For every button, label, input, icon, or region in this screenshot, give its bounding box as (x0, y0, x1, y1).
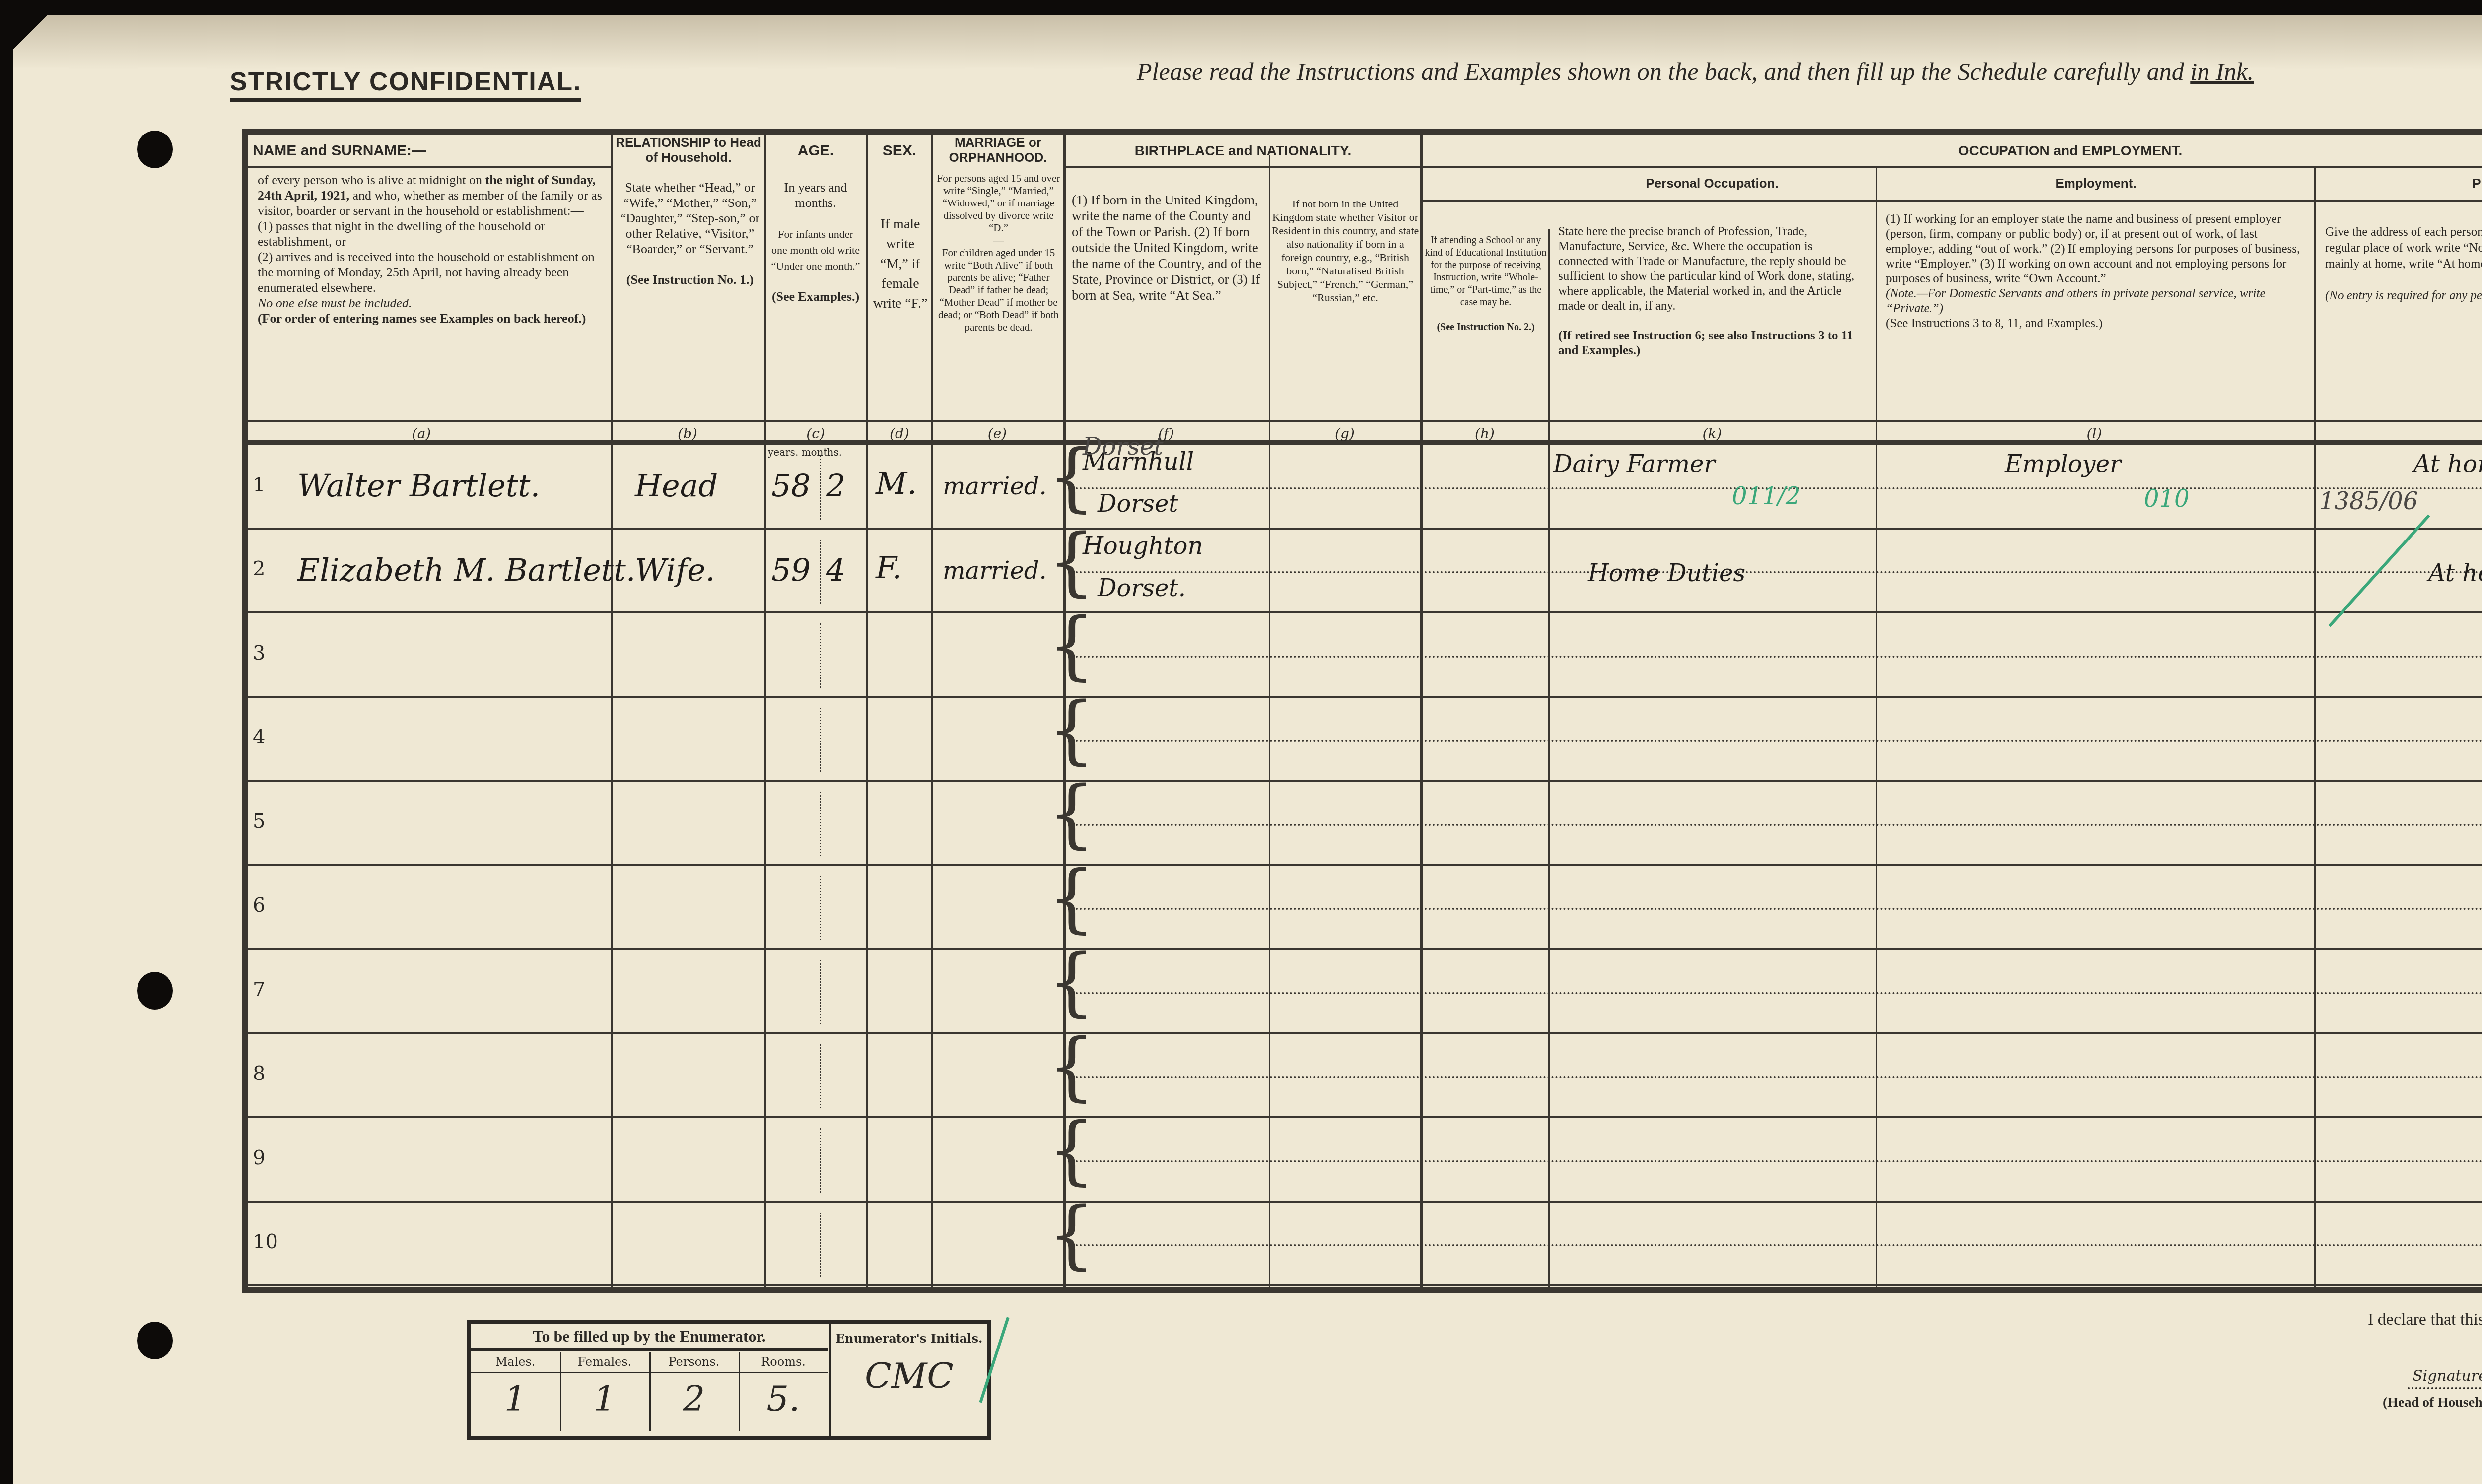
column-letter-b: (b) (663, 425, 712, 442)
age-subheading: years. months. (768, 446, 842, 458)
relationship-field[interactable]: Wife. (635, 552, 715, 588)
enumerator-tally-box: To be filled up by the Enumerator. Males… (467, 1320, 991, 1440)
column-e-title: MARRIAGE or ORPHANHOOD. (933, 135, 1063, 165)
marriage-field[interactable]: married. (943, 557, 1047, 585)
column-letter-c: (c) (791, 425, 840, 442)
row-number: 6 (253, 894, 265, 917)
persons-count[interactable]: 2 (649, 1373, 739, 1419)
place-of-work-field[interactable]: At home (2428, 559, 2482, 587)
place-code[interactable]: 1385/06 (2319, 487, 2418, 515)
column-letter-k: (k) (1687, 425, 1737, 442)
row-number: 2 (253, 557, 265, 580)
column-d-instructions: If male write “M,” if female write “F.” (872, 214, 929, 314)
signature-caption: (Head of Household, Manager of Establish… (2383, 1395, 2482, 1411)
column-g-instructions: If not born in the United Kingdom state … (1271, 197, 1419, 304)
persons-cell: Persons. 2 (649, 1352, 740, 1431)
age-years-field[interactable]: 58 (771, 468, 811, 504)
column-d-title: SEX. (868, 142, 931, 159)
table-row: 5{Under OneAge last birthday.12345678910… (248, 782, 2482, 866)
column-k-title: Personal Occupation. (1548, 175, 1876, 192)
sex-field[interactable]: M. (876, 465, 917, 501)
age-years-field[interactable]: 59 (771, 552, 811, 588)
birthplace-county-field[interactable]: Dorset (1098, 490, 1178, 518)
table-row: 8{Under OneAge last birthday.12345678910… (248, 1034, 2482, 1119)
age-months-field[interactable]: 4 (826, 552, 845, 588)
column-h-instructions: If attending a School or any kind of Edu… (1424, 234, 1547, 334)
row-number: 9 (253, 1147, 265, 1169)
brace-icon: { (1048, 1113, 1095, 1188)
column-letter-h: (h) (1460, 425, 1510, 442)
declaration-text: I declare that this Schedule is correctl… (2368, 1310, 2482, 1329)
column-letter-a: (a) (397, 425, 446, 442)
marriage-field[interactable]: married. (943, 472, 1047, 500)
confidential-label: STRICTLY CONFIDENTIAL. (230, 67, 581, 102)
brace-icon: { (1048, 777, 1095, 851)
column-f-instructions: (1) If born in the United Kingdom, write… (1072, 192, 1265, 303)
column-m-title: Place of Work. (2316, 175, 2482, 192)
column-c-title: AGE. (766, 142, 866, 159)
birthplace-group-title: BIRTHPLACE and NATIONALITY. (1066, 142, 1420, 159)
column-l-title: Employment. (1877, 175, 2314, 192)
table-row: 4{Under OneAge last birthday.12345678910… (248, 698, 2482, 782)
occupation-field[interactable]: Dairy Farmer (1553, 450, 1715, 478)
signature-label: Signature (2413, 1367, 2482, 1385)
row-number: 8 (253, 1062, 265, 1085)
occupation-field[interactable]: Home Duties (1588, 559, 1745, 587)
enumerator-initials[interactable]: CMC (831, 1346, 987, 1396)
rooms-cell: Rooms. 5. (739, 1352, 828, 1431)
brace-icon: { (1048, 1198, 1095, 1272)
table-row: 1{Under OneAge last birthday.12345678910… (248, 445, 2482, 530)
place-of-work-field[interactable]: At home (2413, 450, 2482, 478)
females-count[interactable]: 1 (560, 1373, 649, 1419)
name-field[interactable]: Walter Bartlett. (297, 468, 540, 504)
enumerator-initials-cell: Enumerator's Initials. CMC (829, 1324, 987, 1436)
brace-icon: { (1048, 861, 1095, 936)
birthplace-county-field[interactable]: Dorset. (1098, 574, 1186, 602)
row-number: 3 (253, 642, 265, 665)
column-letter-l: (l) (2069, 425, 2119, 442)
column-e-instructions: For persons aged 15 and over write “Sing… (935, 172, 1062, 334)
employment-code[interactable]: 010 (2144, 485, 2190, 513)
table-row: 3{Under OneAge last birthday.12345678910… (248, 613, 2482, 698)
table-row: 9{Under OneAge last birthday.12345678910… (248, 1118, 2482, 1203)
females-cell: Females. 1 (560, 1352, 651, 1431)
column-a-title: NAME and SURNAME:— (253, 142, 501, 159)
sex-field[interactable]: F. (876, 549, 902, 586)
column-k-instructions: State here the precise branch of Profess… (1558, 224, 1866, 358)
row-number: 5 (253, 810, 265, 833)
name-field[interactable]: Elizabeth M. Bartlett. (297, 552, 636, 588)
column-letter-g: (g) (1320, 425, 1370, 442)
column-b-title: RELATIONSHIP to Head of Household. (613, 135, 764, 165)
row-number: 1 (253, 473, 265, 496)
column-a-instructions: of every person who is alive at midnight… (258, 172, 605, 326)
males-cell: Males. 1 (471, 1352, 561, 1431)
occupation-code[interactable]: 011/2 (1732, 482, 1800, 510)
table-row: 7{Under OneAge last birthday.12345678910… (248, 950, 2482, 1034)
column-l-instructions: (1) If working for an employer state the… (1886, 212, 2308, 331)
relationship-field[interactable]: Head (635, 468, 718, 504)
employment-field[interactable]: Employer (2005, 450, 2121, 478)
males-count[interactable]: 1 (471, 1373, 560, 1419)
punch-hole-icon (137, 1322, 173, 1359)
row-number: 7 (253, 978, 265, 1001)
birthplace-annotation[interactable]: Dorset (1083, 433, 1164, 461)
column-letter-d: (d) (875, 425, 924, 442)
birthplace-town-field[interactable]: Houghton (1083, 532, 1203, 560)
column-c-instructions: In years and months. For infants under o… (771, 180, 860, 304)
brace-icon: { (1048, 1029, 1095, 1104)
column-m-instructions: Give the address of each person's place … (2325, 224, 2482, 304)
rooms-count[interactable]: 5. (739, 1373, 828, 1419)
brace-icon: { (1048, 693, 1095, 767)
occupation-group-title: OCCUPATION and EMPLOYMENT. (1423, 142, 2482, 159)
brace-icon: { (1048, 945, 1095, 1019)
punch-hole-icon (137, 972, 173, 1010)
row-number: 4 (253, 726, 265, 748)
brace-icon: { (1048, 608, 1095, 683)
enumerator-box-header: To be filled up by the Enumerator. (471, 1324, 828, 1351)
column-b-instructions: State whether “Head,” or “Wife,” “Mother… (618, 180, 762, 287)
table-row: 2{Under OneAge last birthday.12345678910… (248, 530, 2482, 614)
punch-hole-icon (137, 131, 173, 168)
column-letter-e: (e) (972, 425, 1022, 442)
instructions-line: Please read the Instructions and Example… (1137, 57, 2254, 86)
age-months-field[interactable]: 2 (826, 468, 845, 504)
table-row: 6{Under OneAge last birthday.12345678910… (248, 866, 2482, 950)
row-number: 10 (253, 1230, 278, 1253)
table-row: 10{Under OneAge last birthday.1234567891… (248, 1203, 2482, 1287)
